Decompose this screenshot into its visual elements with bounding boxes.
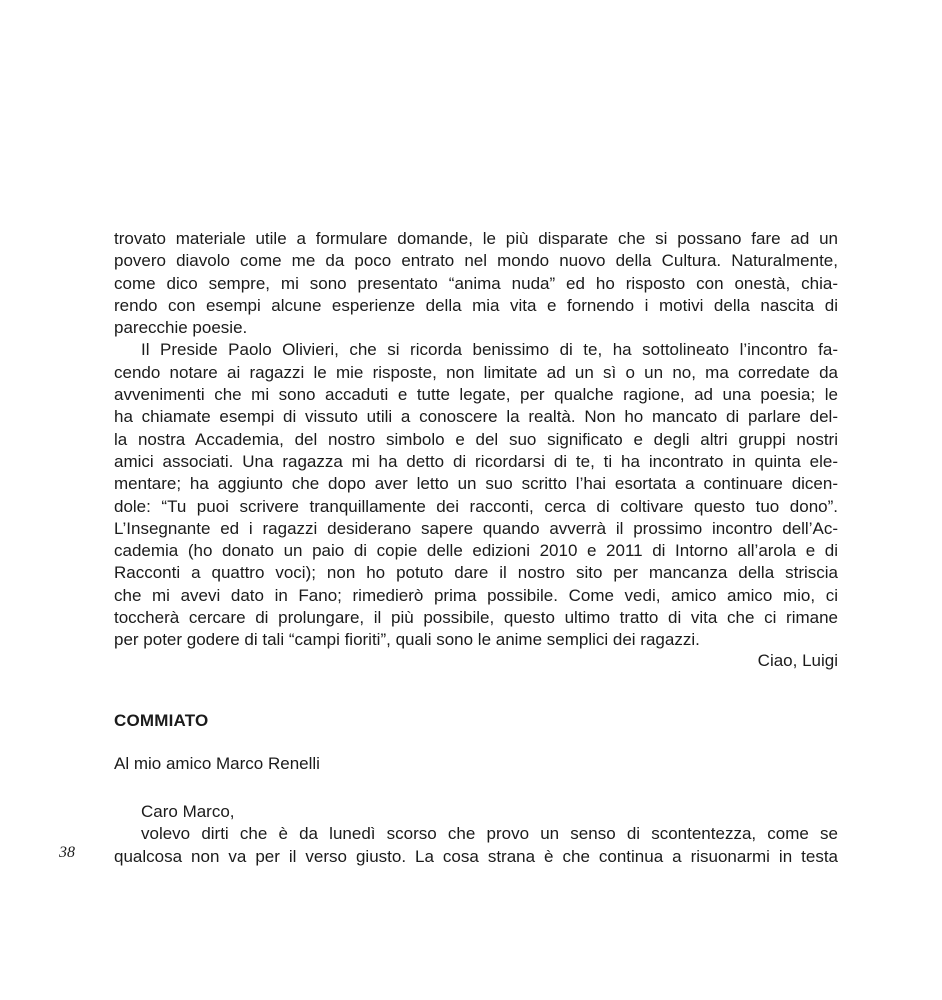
text-line: toccherà cercare di prolungare, il più p…	[114, 607, 838, 629]
text-line: qualcosa non va per il verso giusto. La …	[114, 846, 838, 868]
text-line: cademia (ho donato un paio di copie dell…	[114, 540, 838, 562]
section-heading: COMMIATO	[114, 710, 838, 732]
text-line: cendo notare ai ragazzi le mie risposte,…	[114, 362, 838, 384]
letter-signature: Ciao, Luigi	[114, 650, 838, 672]
text-line: volevo dirti che è da lunedì scorso che …	[114, 823, 838, 845]
text-line: Caro Marco,	[114, 801, 838, 823]
section-dedication: Al mio amico Marco Renelli	[114, 753, 838, 775]
document-page: trovato materiale utile a formulare doma…	[0, 0, 942, 1000]
text-line: come dico sempre, mi sono presentato “an…	[114, 273, 838, 295]
text-line: Racconti a quattro voci); non ho potuto …	[114, 562, 838, 584]
text-line: Il Preside Paolo Olivieri, che si ricord…	[114, 339, 838, 361]
text-line: che mi avevi dato in Fano; rimedierò pri…	[114, 585, 838, 607]
section-body: Caro Marco,volevo dirti che è da lunedì …	[114, 801, 838, 868]
letter-body: trovato materiale utile a formulare doma…	[114, 228, 838, 652]
text-line: per poter godere di tali “campi fioriti”…	[114, 629, 838, 651]
text-line: L’Insegnante ed i ragazzi desiderano sap…	[114, 518, 838, 540]
text-line: mentare; ha aggiunto che dopo aver letto…	[114, 473, 838, 495]
text-line: la nostra Accademia, del nostro simbolo …	[114, 429, 838, 451]
text-line: amici associati. Una ragazza mi ha detto…	[114, 451, 838, 473]
text-line: povero diavolo come me da poco entrato n…	[114, 250, 838, 272]
text-line: avvenimenti che mi sono accaduti e tutte…	[114, 384, 838, 406]
page-number: 38	[50, 844, 84, 862]
text-line: dole: “Tu puoi scrivere tranquillamente …	[114, 496, 838, 518]
text-line: trovato materiale utile a formulare doma…	[114, 228, 838, 250]
text-line: ha chiamate esempi di vissuto utili a co…	[114, 406, 838, 428]
text-line: rendo con esempi alcune esperienze della…	[114, 295, 838, 317]
text-line: parecchie poesie.	[114, 317, 838, 339]
